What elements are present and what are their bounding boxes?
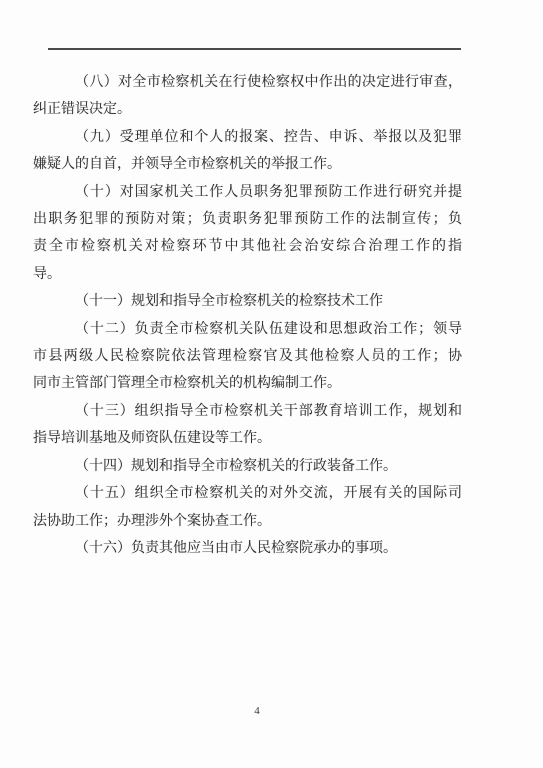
text-line: （十）对国家机关工作人员职务犯罪预防工作进行研究并提 [33, 179, 462, 206]
text-line: 出职务犯罪的预防对策；负责职务犯罪预防工作的法制宣传；负 [33, 206, 462, 233]
paragraph-item-8: （八）对全市检察机关在行使检察权中作出的决定进行审查，纠正错误决定。 [33, 69, 462, 124]
text-line: 法协助工作；办理涉外个案协查工作。 [33, 508, 462, 535]
paragraph-item-15: （十五）组织全市检察机关的对外交流，开展有关的国际司法协助工作；办理涉外个案协查… [33, 480, 462, 535]
paragraph-item-14: （十四）规划和指导全市检察机关的行政装备工作。 [33, 453, 462, 480]
paragraph-item-16: （十六）负责其他应当由市人民检察院承办的事项。 [33, 535, 462, 562]
text-line: 责全市检察机关对检察环节中其他社会治安综合治理工作的指 [33, 233, 462, 260]
document-body: （八）对全市检察机关在行使检察权中作出的决定进行审查，纠正错误决定。（九）受理单… [33, 69, 462, 562]
text-line: 导。 [33, 261, 462, 288]
text-line: （八）对全市检察机关在行使检察权中作出的决定进行审查， [33, 69, 462, 96]
text-line: （九）受理单位和个人的报案、控告、申诉、举报以及犯罪 [33, 124, 462, 151]
text-line: （十四）规划和指导全市检察机关的行政装备工作。 [33, 453, 462, 480]
text-line: 市县两级人民检察院依法管理检察官及其他检察人员的工作；协 [33, 343, 462, 370]
text-line: 嫌疑人的自首，并领导全市检察机关的举报工作。 [33, 151, 462, 178]
paragraph-item-10: （十）对国家机关工作人员职务犯罪预防工作进行研究并提出职务犯罪的预防对策；负责职… [33, 179, 462, 289]
page-number: 4 [0, 705, 514, 717]
paragraph-item-11: （十一）规划和指导全市检察机关的检察技术工作 [33, 288, 462, 315]
header-rule [48, 48, 461, 50]
text-line: （十二）负责全市检察机关队伍建设和思想政治工作；领导 [33, 316, 462, 343]
text-line: （十一）规划和指导全市检察机关的检察技术工作 [33, 288, 462, 315]
paragraph-item-13: （十三）组织指导全市检察机关干部教育培训工作，规划和指导培训基地及师资队伍建设等… [33, 398, 462, 453]
text-line: （十三）组织指导全市检察机关干部教育培训工作，规划和 [33, 398, 462, 425]
text-line: （十六）负责其他应当由市人民检察院承办的事项。 [33, 535, 462, 562]
text-line: 指导培训基地及师资队伍建设等工作。 [33, 425, 462, 452]
text-line: 纠正错误决定。 [33, 96, 462, 123]
paragraph-item-9: （九）受理单位和个人的报案、控告、申诉、举报以及犯罪嫌疑人的自首，并领导全市检察… [33, 124, 462, 179]
text-line: （十五）组织全市检察机关的对外交流，开展有关的国际司 [33, 480, 462, 507]
document-page: （八）对全市检察机关在行使检察权中作出的决定进行审查，纠正错误决定。（九）受理单… [0, 0, 543, 768]
paragraph-item-12: （十二）负责全市检察机关队伍建设和思想政治工作；领导市县两级人民检察院依法管理检… [33, 316, 462, 398]
text-line: 同市主管部门管理全市检察机关的机构编制工作。 [33, 370, 462, 397]
